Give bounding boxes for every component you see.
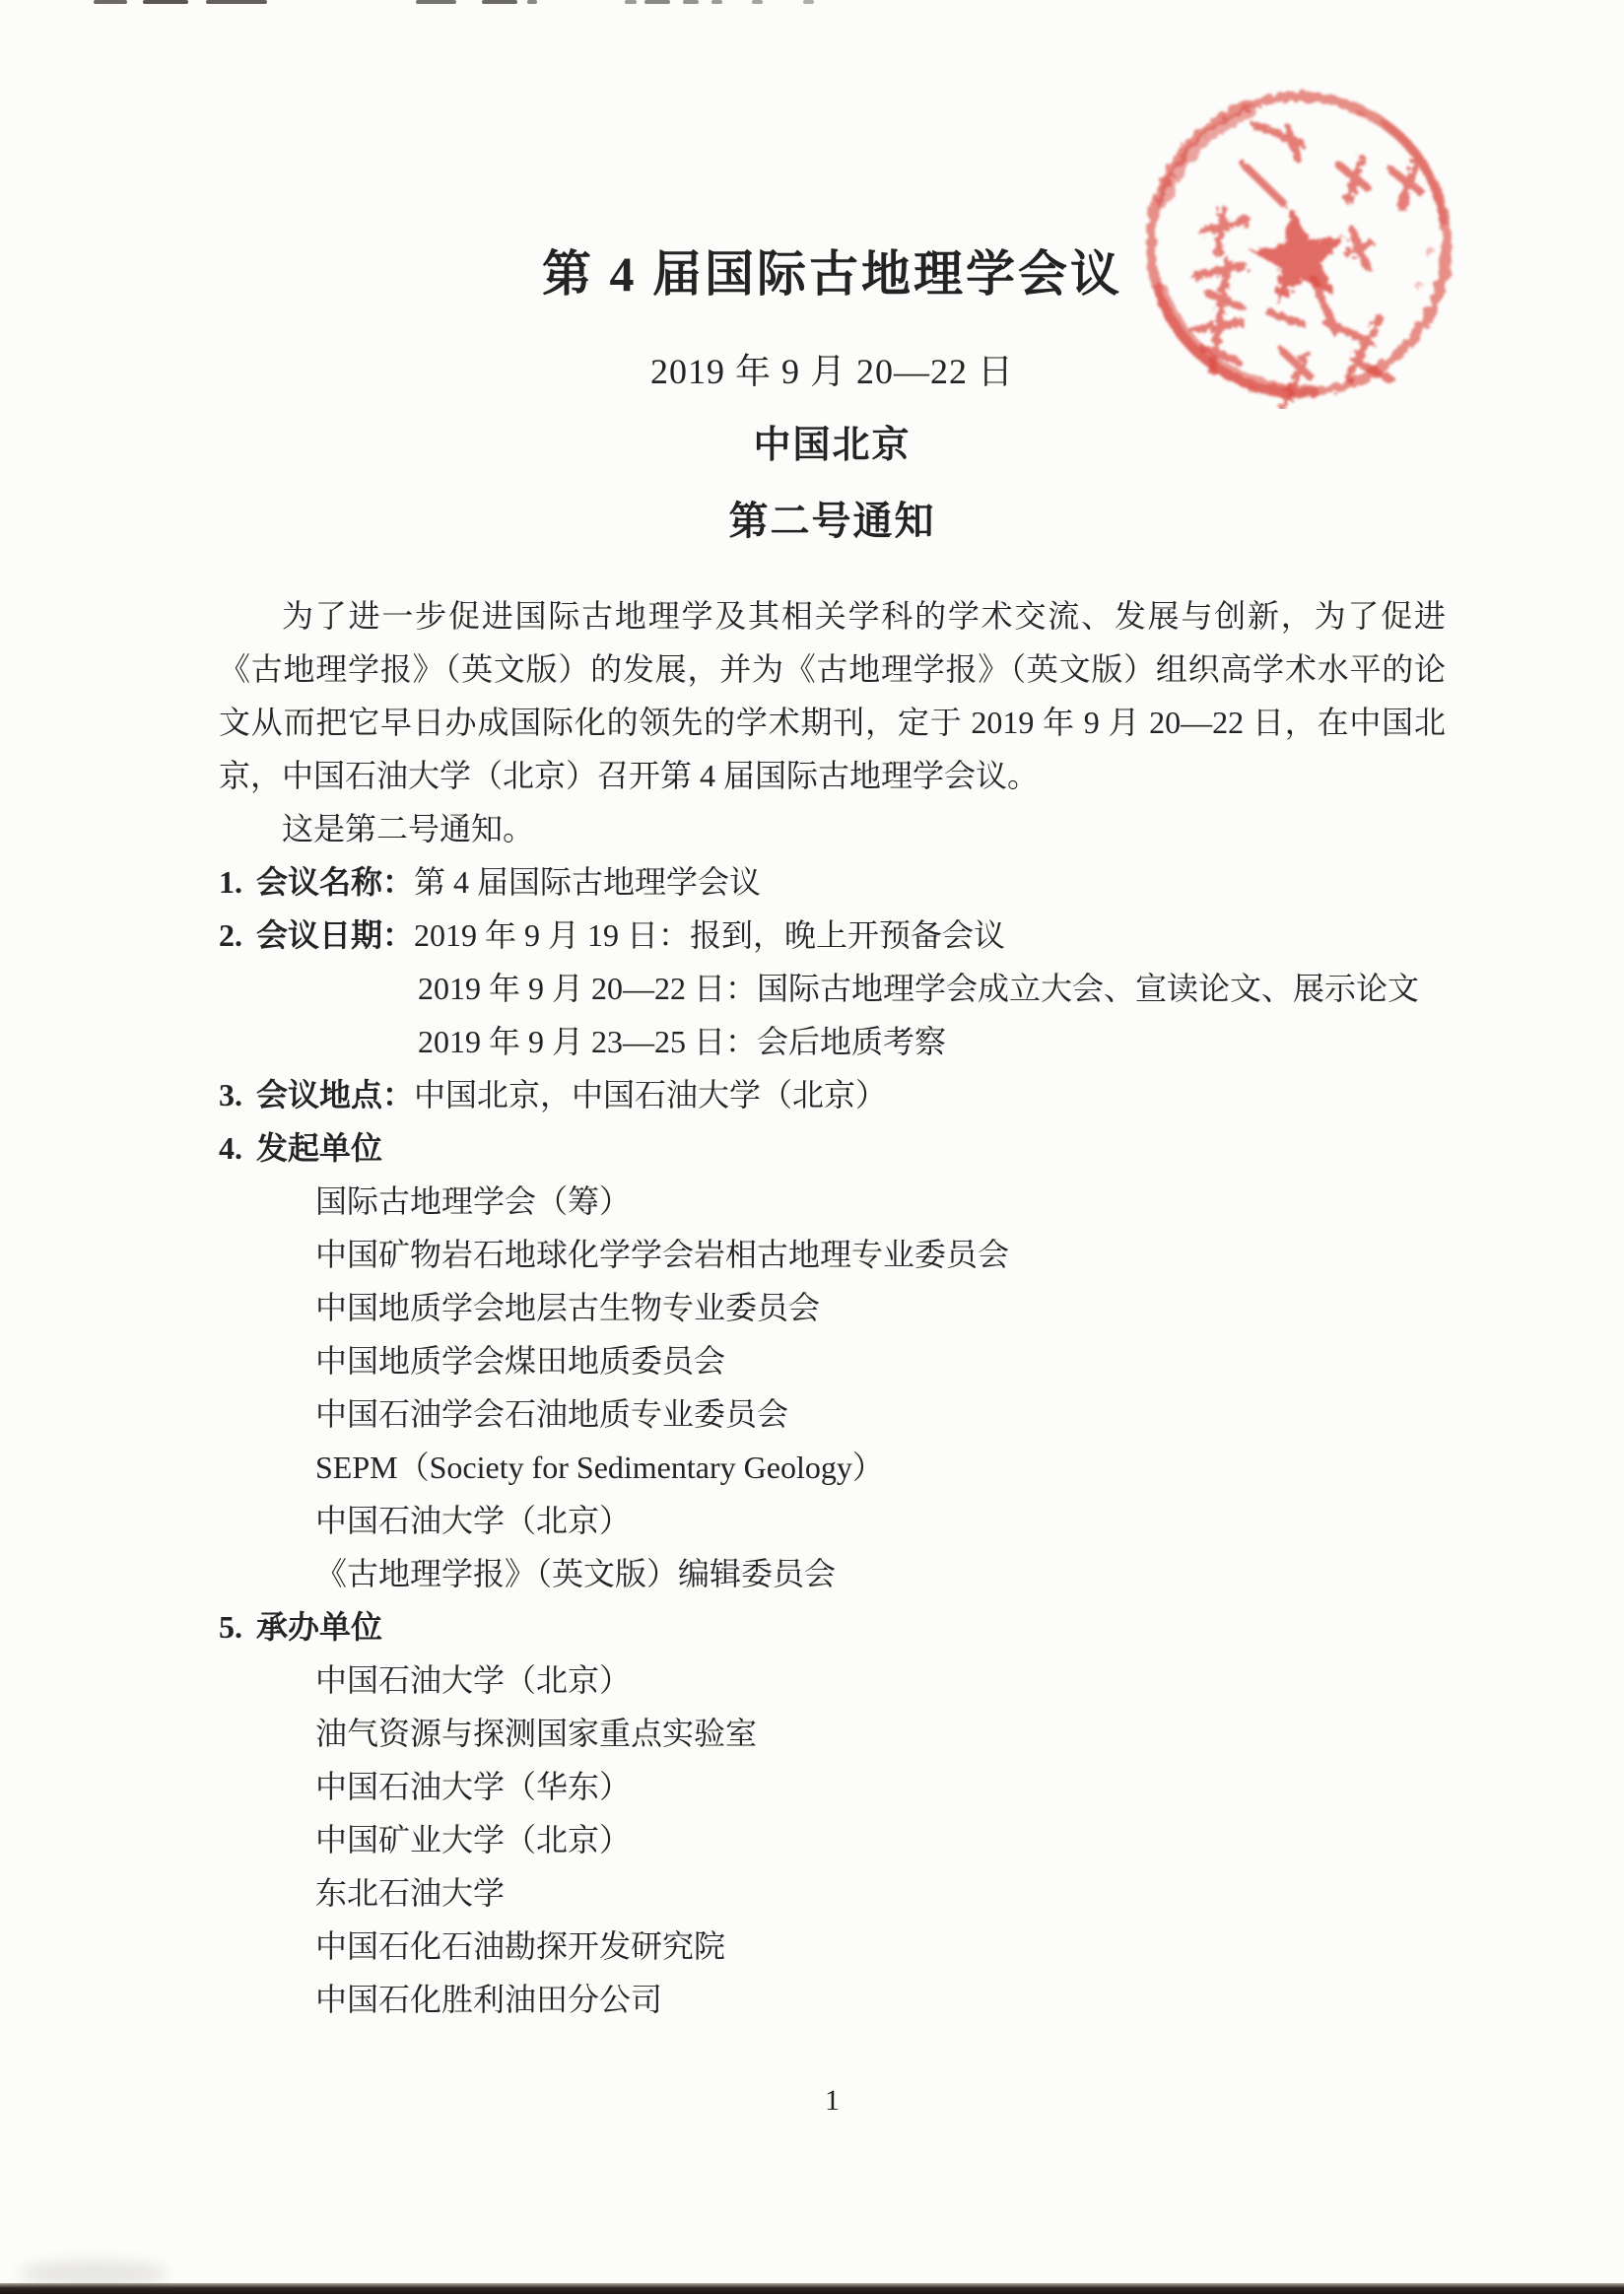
intro-paragraph: 为了进一步促进国际古地理学及其相关学科的学术交流、发展与创新，为了促进《古地理学… [219,589,1446,802]
item-label: 承办单位 [256,1609,382,1645]
item-label: 会议地点： [256,1077,414,1113]
schedule-line: 2019 年 9 月 23—25 日：会后地质考察 [418,1015,1446,1068]
organization-line: 中国地质学会地层古生物专业委员会 [315,1281,1446,1334]
organization-line: SEPM（Society for Sedimentary Geology） [315,1441,1446,1494]
item-label: 会议名称： [256,864,414,900]
organization-line: 中国石化石油勘探开发研究院 [315,1920,1446,1973]
item-label: 发起单位 [256,1130,382,1166]
organization-line: 东北石油大学 [315,1866,1446,1920]
conference-dates: 2019 年 9 月 20—22 日 [219,349,1446,394]
organization-line: 国际古地理学会（筹） [315,1175,1446,1228]
notice-number-heading: 第二号通知 [219,497,1446,546]
organization-line: 中国石油大学（北京） [315,1494,1446,1547]
organization-line: 中国石化胜利油田分公司 [315,1973,1446,2026]
document-body: 为了进一步促进国际古地理学及其相关学科的学术交流、发展与创新，为了促进《古地理学… [219,589,1446,2119]
scan-mark [94,0,127,4]
second-notice-line: 这是第二号通知。 [219,802,1446,855]
item-number: 4. [219,1130,242,1166]
page-title: 第 4 届国际古地理学会议 [219,244,1446,304]
item-number: 2. [219,917,242,953]
item-number: 1. [219,864,242,900]
organization-line: 《古地理学报》（英文版）编辑委员会 [315,1547,1446,1600]
document-content: 第 4 届国际古地理学会议 2019 年 9 月 20—22 日 中国北京 第二… [219,0,1446,2119]
organization-line: 中国石油学会石油地质专业委员会 [315,1387,1446,1441]
scan-artifact-bottom-edge [0,2283,1624,2294]
item-content: 2019 年 9 月 19 日：报到，晚上开预备会议 [414,917,1005,953]
list-item-host-organizations: 5.承办单位 [219,1600,1446,1653]
organization-line: 中国石油大学（北京） [315,1653,1446,1707]
list-item-conference-venue: 3.会议地点：中国北京，中国石油大学（北京） [219,1068,1446,1121]
list-item-conference-name: 1.会议名称：第 4 届国际古地理学会议 [219,855,1446,909]
list-item-conference-dates: 2.会议日期：2019 年 9 月 19 日：报到，晚上开预备会议 [219,909,1446,962]
conference-location: 中国北京 [219,422,1446,469]
item-number: 5. [219,1609,242,1645]
item-content: 第 4 届国际古地理学会议 [414,864,761,900]
document-header: 第 4 届国际古地理学会议 2019 年 9 月 20—22 日 中国北京 第二… [219,244,1446,546]
organization-line: 油气资源与探测国家重点实验室 [315,1707,1446,1760]
scan-mark [143,0,188,4]
organization-line: 中国矿业大学（北京） [315,1813,1446,1866]
organization-line: 中国地质学会煤田地质委员会 [315,1334,1446,1387]
item-number: 3. [219,1077,242,1113]
organization-line: 中国矿物岩石地球化学学会岩相古地理专业委员会 [315,1228,1446,1281]
page-number: 1 [219,2083,1446,2119]
schedule-line: 2019 年 9 月 20—22 日：国际古地理学会成立大会、宣读论文、展示论文 [418,962,1446,1015]
organization-line: 中国石油大学（华东） [315,1760,1446,1813]
item-label: 会议日期： [256,917,414,953]
list-item-initiating-organizations: 4.发起单位 [219,1121,1446,1175]
scanned-document-page: 第 4 届国际古地理学会议 2019 年 9 月 20—22 日 中国北京 第二… [0,0,1624,2294]
item-content: 中国北京，中国石油大学（北京） [414,1077,887,1113]
